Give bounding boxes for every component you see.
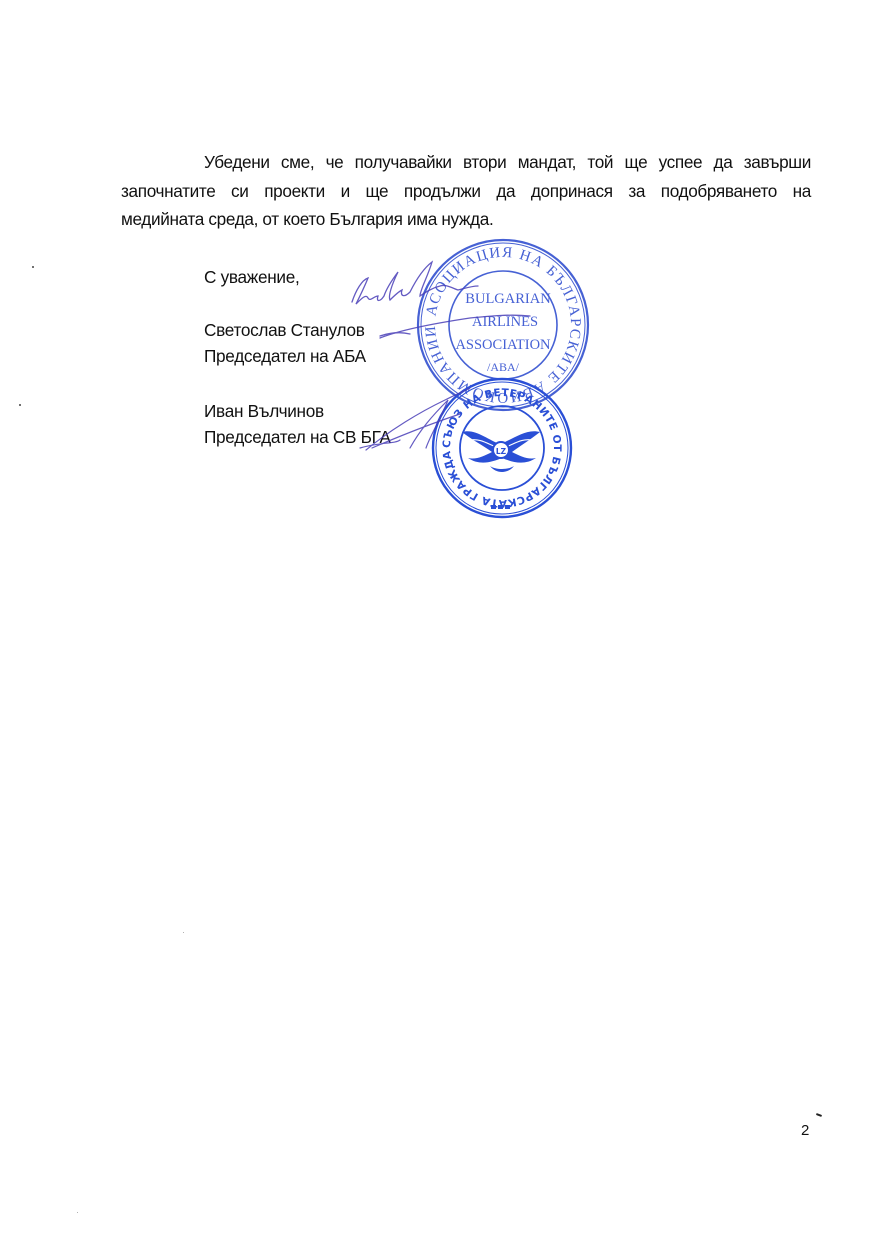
document-page: Убедени сме, че получавайки втори мандат… <box>0 0 884 1260</box>
scan-speck <box>183 932 184 933</box>
stamp-aba-line-4: /ABA/ <box>487 360 520 374</box>
scan-speck <box>19 404 21 406</box>
stamps-and-signatures: АСОЦИАЦИЯ НА БЪЛГАРСКИТЕ АВИОКОМПАНИИ /А… <box>0 0 884 1260</box>
scan-speck <box>32 266 34 268</box>
scan-speck <box>77 1212 78 1213</box>
stamp-aba-line-3: ASSOCIATION <box>455 337 551 353</box>
stamp-aba: АСОЦИАЦИЯ НА БЪЛГАРСКИТЕ АВИОКОМПАНИИ /А… <box>0 0 588 410</box>
stamp-aba-line-1: BULGARIAN <box>465 291 551 307</box>
page-number: 2 <box>801 1122 809 1139</box>
stamp-sv-bga-emblem-text: LZ <box>496 447 507 456</box>
